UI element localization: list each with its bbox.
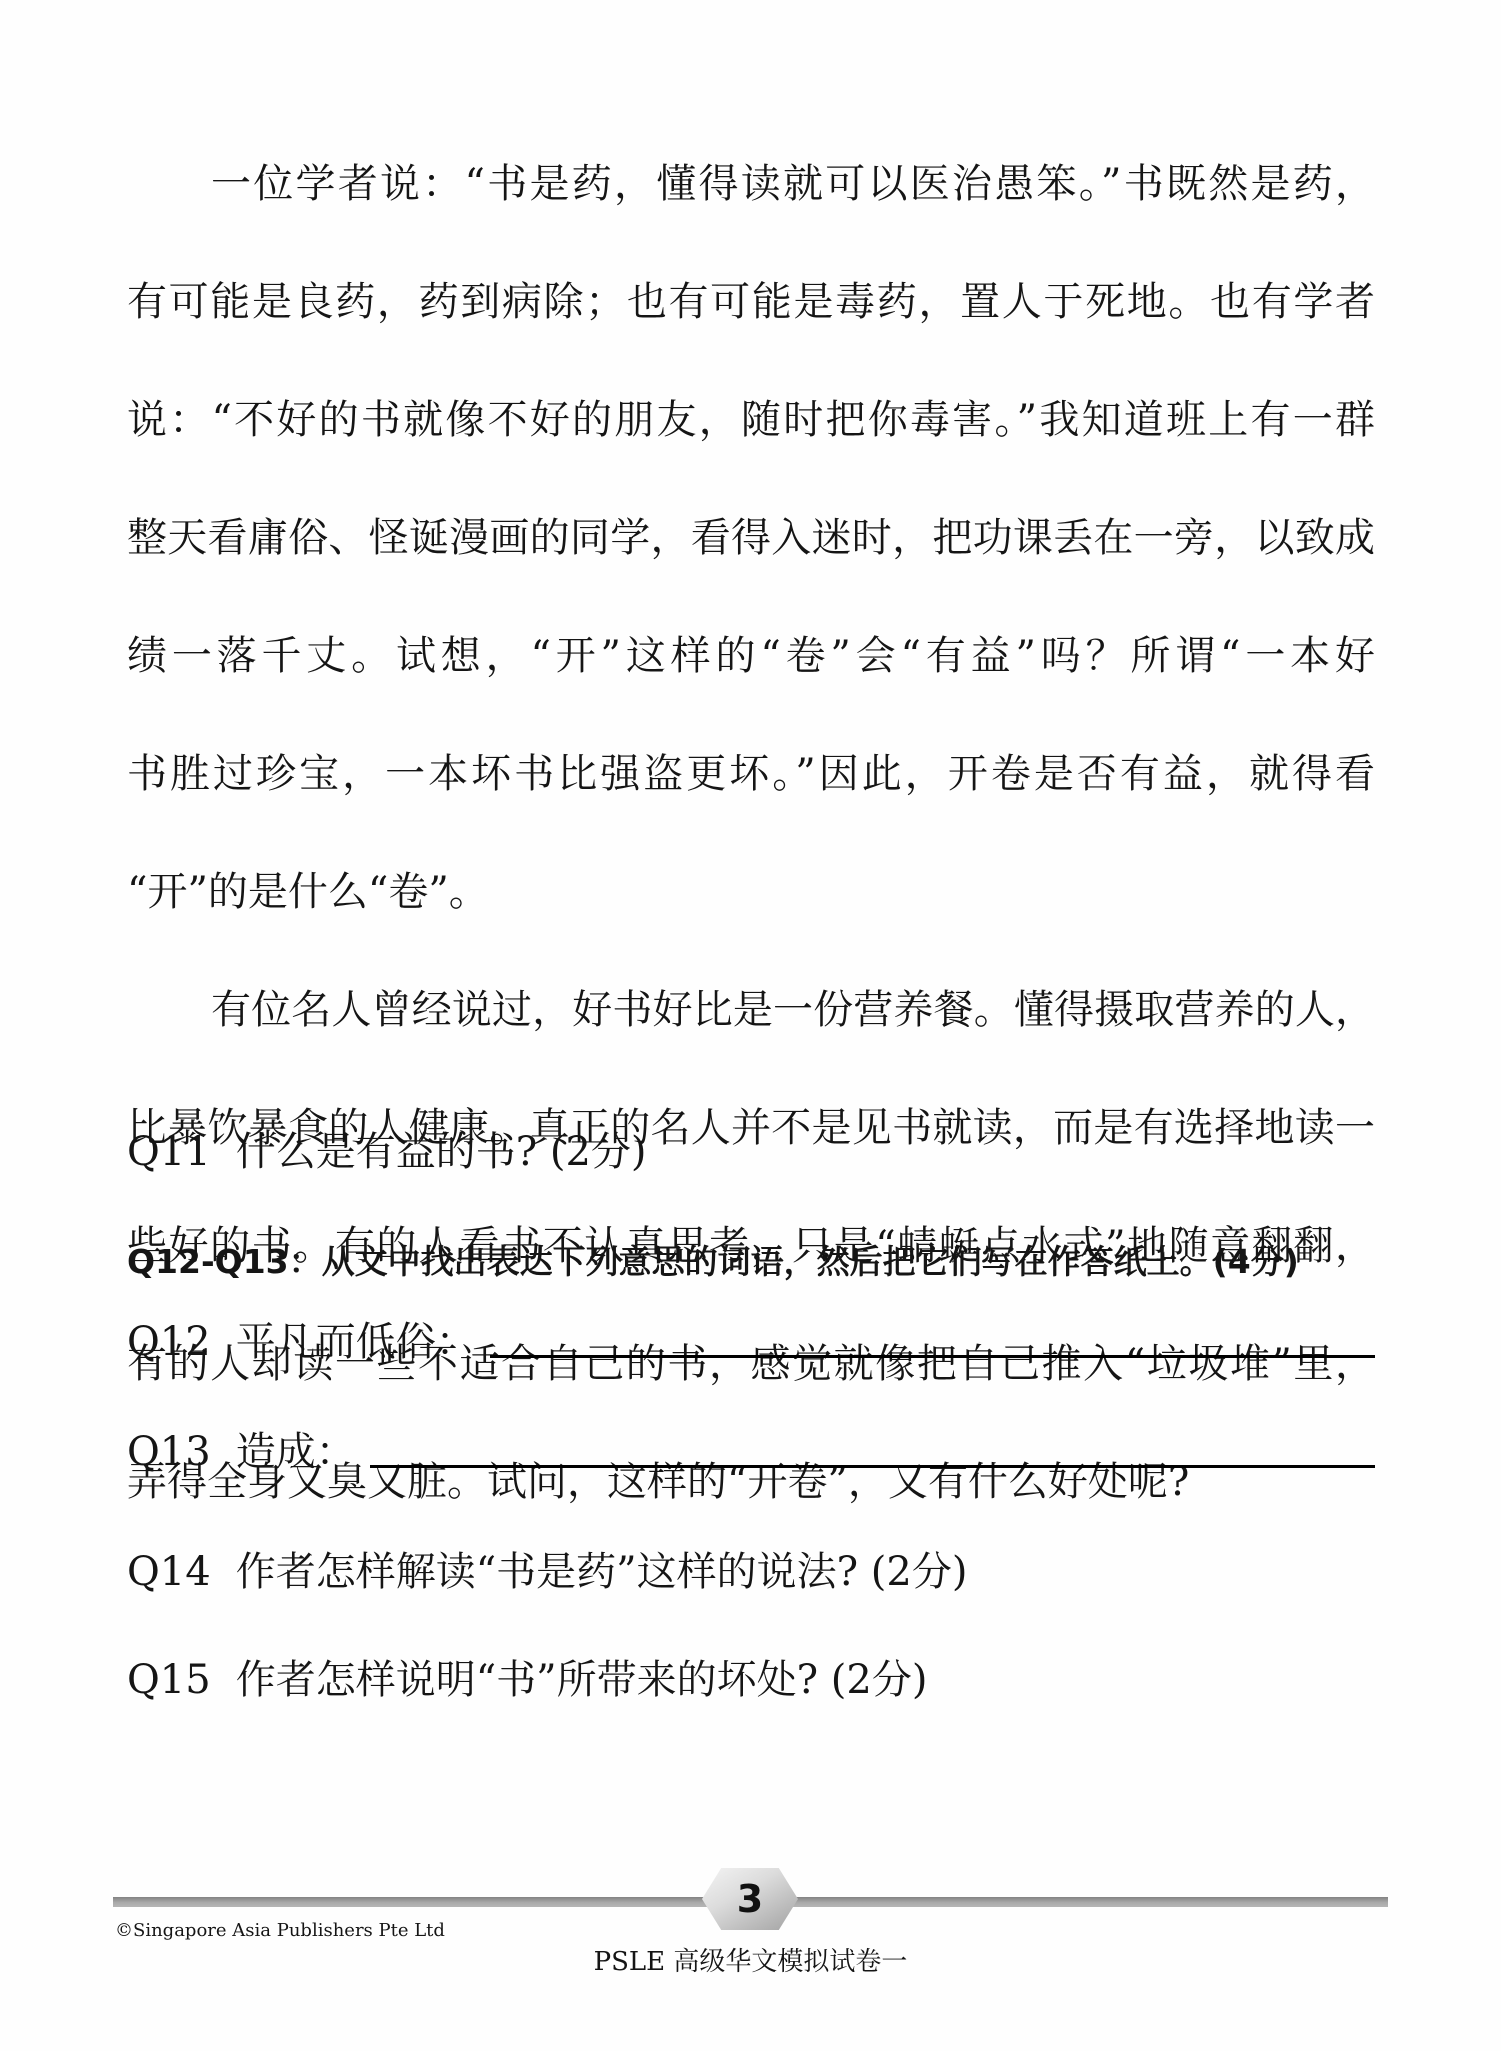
q12-q13-instruction: Q12-Q13：从文中找出表达下列意思的词语，然后把它们写在作答纸上。(4分) bbox=[127, 1240, 1427, 1284]
question-number: Q13 bbox=[127, 1426, 211, 1478]
question-number: Q15 bbox=[127, 1654, 211, 1706]
passage-line: 有位名人曾经说过，好书好比是一份营养餐。懂得摄取营养的人， bbox=[127, 971, 1375, 1049]
instruction-text: 从文中找出表达下列意思的词语，然后把它们写在作答纸上。(4分) bbox=[322, 1242, 1299, 1281]
exam-page: 一位学者说：“书是药，懂得读就可以医治愚笨。”书既然是药， 有可能是良药，药到病… bbox=[0, 0, 1501, 2051]
question-q14: Q14 作者怎样解读“书是药”这样的说法? (2分) bbox=[127, 1546, 1375, 1598]
passage-line: 书胜过珍宝，一本坏书比强盗更坏。”因此，开卷是否有益，就得看 bbox=[127, 735, 1375, 813]
answer-blank-q13 bbox=[370, 1465, 1375, 1468]
question-q13: Q13 造成： bbox=[127, 1426, 1375, 1478]
question-q12: Q12 平凡而低俗： bbox=[127, 1316, 1375, 1368]
question-text: 作者怎样解读“书是药”这样的说法? (2分) bbox=[236, 1546, 968, 1598]
passage-line: 一位学者说：“书是药，懂得读就可以医治愚笨。”书既然是药， bbox=[127, 145, 1375, 223]
answer-blank-q12 bbox=[490, 1355, 1375, 1358]
passage-line: 有可能是良药，药到病除；也有可能是毒药，置人于死地。也有学者 bbox=[127, 263, 1375, 341]
passage-line: 说：“不好的书就像不好的朋友，随时把你毒害。”我知道班上有一群 bbox=[127, 381, 1375, 459]
booklet-title: PSLE 高级华文模拟试卷一 bbox=[0, 1941, 1501, 1978]
passage-line: 绩一落千丈。试想，“开”这样的“卷”会“有益”吗？所谓“一本好 bbox=[127, 617, 1375, 695]
page-number: 3 bbox=[737, 1877, 763, 1921]
copyright-text: ©Singapore Asia Publishers Pte Ltd bbox=[115, 1920, 445, 1941]
passage-line: 整天看庸俗、怪诞漫画的同学，看得入迷时，把功课丢在一旁，以致成 bbox=[127, 499, 1375, 577]
question-number: Q12 bbox=[127, 1316, 211, 1368]
question-text: 什么是有益的书? (2分) bbox=[236, 1126, 647, 1178]
page-number-badge: 3 bbox=[702, 1868, 798, 1930]
question-text: 作者怎样说明“书”所带来的坏处? (2分) bbox=[236, 1654, 928, 1706]
question-q15: Q15 作者怎样说明“书”所带来的坏处? (2分) bbox=[127, 1654, 1375, 1706]
question-text: 造成： bbox=[236, 1426, 356, 1478]
question-text: 平凡而低俗： bbox=[236, 1316, 476, 1368]
instruction-label: Q12-Q13： bbox=[127, 1242, 322, 1281]
question-number: Q11 bbox=[127, 1126, 211, 1178]
passage-line: “开”的是什么“卷”。 bbox=[127, 853, 1375, 931]
question-q11: Q11 什么是有益的书? (2分) bbox=[127, 1126, 1375, 1178]
question-number: Q14 bbox=[127, 1546, 211, 1598]
